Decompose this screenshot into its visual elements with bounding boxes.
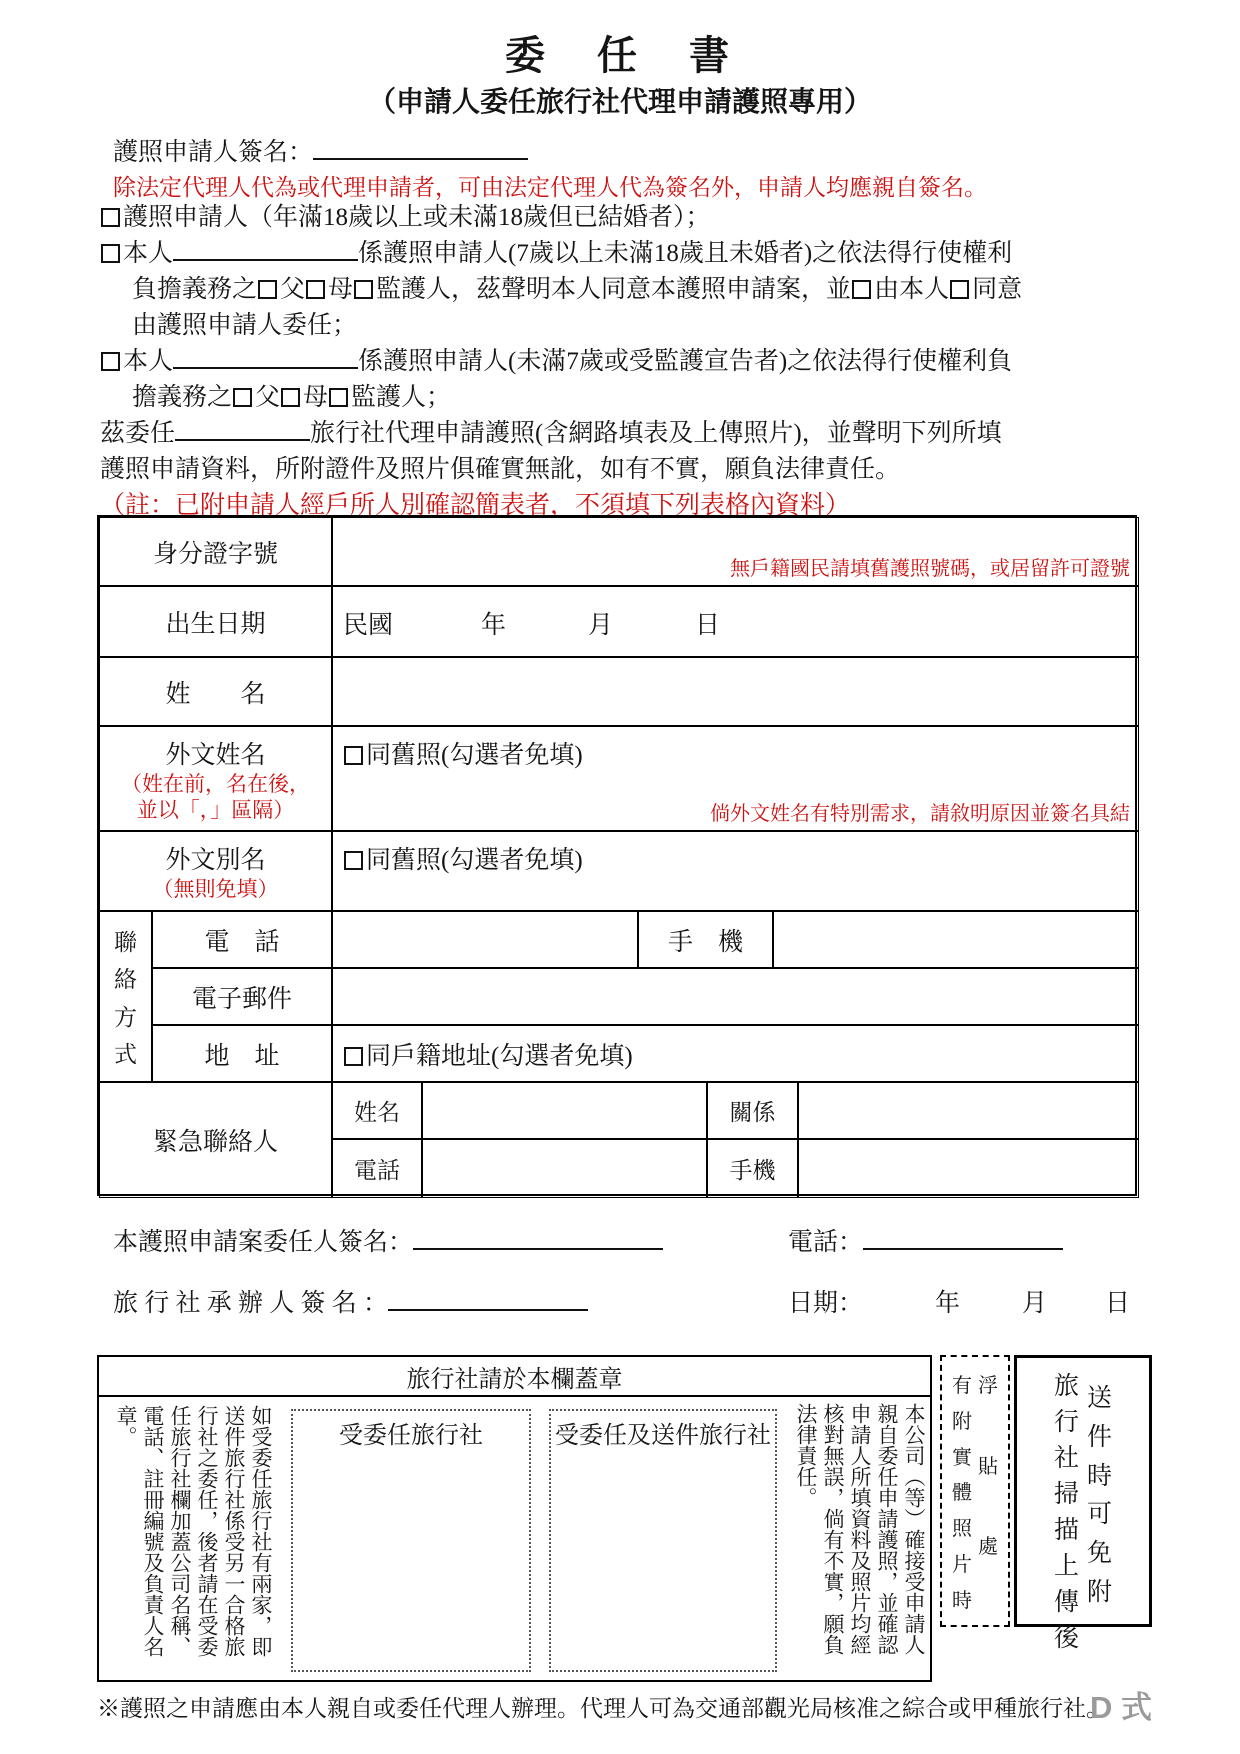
foreign-name-note-line2: 並以「，」區隔） bbox=[137, 797, 295, 823]
scan-note-main: 旅行社掃描上傳後 bbox=[1054, 1366, 1079, 1616]
stamp-side-note: 如受委任旅行社有兩家，即送件旅行社係受另一合格旅行社之委任，後者請在受委任旅行社… bbox=[109, 1405, 274, 1675]
guardian-under7-line2: 擔義務之父母監護人； bbox=[100, 380, 1150, 416]
emergency-phone-label: 電話 bbox=[332, 1139, 422, 1198]
foreign-name-note-line1: （姓在前，名在後， bbox=[121, 771, 310, 797]
checkbox-guardian-role-2[interactable] bbox=[329, 388, 348, 407]
mother-text-2: 母 bbox=[303, 384, 328, 411]
form-code: D 式 bbox=[1090, 1682, 1152, 1727]
name-field[interactable] bbox=[332, 657, 1139, 726]
id-number-label: 身分證字號 bbox=[99, 517, 332, 586]
father-text-2: 父 bbox=[255, 384, 280, 411]
authorization-form-page: 委 任 書 （申請人委任旅行社代理申請護照專用） 護照申請人簽名： 除法定代理人… bbox=[0, 0, 1240, 1754]
guardian-7to18-line2: 負擔義務之父母監護人，茲聲明本人同意本護照申請案，並由本人同意 bbox=[100, 272, 1150, 308]
date-label: 日期： bbox=[788, 1290, 863, 1317]
checkbox-mother-2[interactable] bbox=[281, 388, 300, 407]
alias-label-cell: 外文別名 （無則免填） bbox=[99, 831, 332, 911]
date-row: 日期：年月日 bbox=[788, 1283, 1130, 1319]
signature-instruction-note: 除法定代理人代為或代理申請者，可由法定代理人代為簽名外，申請人均應親自簽名。 bbox=[113, 169, 987, 202]
address-label: 地 址 bbox=[152, 1025, 332, 1082]
father-text-1: 父 bbox=[280, 276, 305, 303]
guardian-name-blank-1[interactable] bbox=[173, 237, 358, 261]
foreign-name-same-text: 同舊照(勾選者免填) bbox=[366, 742, 583, 769]
birth-date-field[interactable]: 民國年月日 bbox=[332, 586, 1139, 657]
date-day-label: 日 bbox=[1105, 1290, 1130, 1317]
entrust-post-text: 旅行社代理申請護照(含網路填表及上傳照片)，並聲明下列所填 bbox=[310, 420, 1002, 447]
foreign-name-special-note: 倘外文姓名有特別需求，請敘明原因並簽名具結 bbox=[710, 797, 1130, 826]
name-label: 姓 名 bbox=[99, 657, 332, 726]
checkbox-alias-same-as-old[interactable] bbox=[344, 851, 363, 870]
entrusted-agency-stamp-label: 受委任旅行社 bbox=[293, 1411, 529, 1450]
emergency-relation-field[interactable] bbox=[798, 1082, 1139, 1139]
scan-note-sub: 送件時可免附 bbox=[1087, 1378, 1112, 1608]
applicant-signature-row: 護照申請人簽名： bbox=[113, 132, 528, 168]
foreign-name-label-cell: 外文姓名 （姓在前，名在後， 並以「，」區隔） bbox=[99, 726, 332, 831]
emergency-mobile-field[interactable] bbox=[798, 1139, 1139, 1198]
entrust-line2: 護照申請資料，所附證件及照片俱確實無訛，如有不實，願負法律責任。 bbox=[100, 452, 1150, 488]
alias-label: 外文別名 bbox=[165, 840, 265, 876]
date-year-label: 年 bbox=[935, 1290, 960, 1317]
minor-l2a-text: 負擔義務之 bbox=[132, 276, 257, 303]
checkbox-father-2[interactable] bbox=[233, 388, 252, 407]
photo-affix-box[interactable]: 有附實體照片時 浮貼處 bbox=[940, 1355, 1010, 1627]
guardian-7to18-text: 係護照申請人(7歲以上未滿18歲且未婚者)之依法得行使權利 bbox=[358, 240, 1012, 267]
photo-affix-note-sub: 浮貼處 bbox=[978, 1369, 998, 1559]
guardian-7to18-line3: 由護照申請人委任； bbox=[100, 308, 1150, 344]
agree-text: 同意 bbox=[972, 276, 1022, 303]
form-subtitle: （申請人委任旅行社代理申請護照專用） bbox=[0, 80, 1240, 120]
mobile-field[interactable] bbox=[773, 911, 1139, 968]
minor-l3-text: 由護照申請人委任； bbox=[132, 312, 357, 339]
contact-method-vertical-label: 聯絡方式 bbox=[99, 911, 152, 1082]
id-number-field[interactable]: 無戶籍國民請填舊護照號碼，或居留許可證號 bbox=[332, 517, 1139, 586]
agent-signature-label: 旅 行 社 承 辦 人 簽 名 ： bbox=[113, 1290, 388, 1317]
declaration-section: 護照申請人（年滿18歲以上或未滿18歲但已結婚者）； 本人係護照申請人(7歲以上… bbox=[100, 200, 1150, 524]
phone-field[interactable] bbox=[332, 911, 638, 968]
agency-stamp-section: 旅行社請於本欄蓋章 如受委任旅行社有兩家，即送件旅行社係受另一合格旅行社之委任，… bbox=[97, 1355, 932, 1682]
photo-affix-note-main: 有附實體照片時 bbox=[952, 1369, 972, 1613]
foreign-name-label: 外文姓名 bbox=[165, 735, 265, 771]
agent-signature-blank[interactable] bbox=[388, 1287, 588, 1311]
entrust-l2-text: 護照申請資料，所附證件及照片俱確實無訛，如有不實，願負法律責任。 bbox=[100, 456, 900, 483]
applicant-data-table: 身分證字號 無戶籍國民請填舊護照號碼，或居留許可證號 出生日期 民國年月日 姓 … bbox=[97, 515, 1137, 1196]
phone-label: 電 話 bbox=[152, 911, 332, 968]
self-text-1: 本人 bbox=[123, 240, 173, 267]
checkbox-guardian-7to18[interactable] bbox=[101, 244, 120, 263]
guardian-under7-text: 係護照申請人(未滿7歲或受監護宣告者)之依法得行使權利負 bbox=[358, 348, 1012, 375]
birth-date-label: 出生日期 bbox=[99, 586, 332, 657]
travel-agency-name-blank[interactable] bbox=[175, 417, 310, 441]
guardian-phrase-text: 監護人，茲聲明本人同意本護照申請案，並 bbox=[376, 276, 851, 303]
checkbox-by-self[interactable] bbox=[852, 280, 871, 299]
option-guardian-under7-line: 本人係護照申請人(未滿7歲或受監護宣告者)之依法得行使權利負 bbox=[100, 344, 1150, 380]
emergency-name-label: 姓名 bbox=[332, 1082, 422, 1139]
delegator-signature-row: 本護照申請案委任人簽名： bbox=[113, 1222, 663, 1258]
delegator-phone-row: 電話： bbox=[788, 1222, 1063, 1258]
roc-era-label: 民國 bbox=[343, 612, 393, 639]
stamp-section-header: 旅行社請於本欄蓋章 bbox=[99, 1357, 930, 1397]
entrusted-sending-agency-stamp-box[interactable]: 受委任及送件旅行社 bbox=[549, 1409, 777, 1672]
checkbox-consent[interactable] bbox=[950, 280, 969, 299]
emergency-contact-label: 緊急聯絡人 bbox=[99, 1082, 332, 1198]
alias-field[interactable]: 同舊照(勾選者免填) bbox=[332, 831, 1139, 911]
emergency-phone-field[interactable] bbox=[422, 1139, 707, 1198]
entrusted-sending-agency-stamp-label: 受委任及送件旅行社 bbox=[551, 1411, 775, 1450]
date-month-label: 月 bbox=[1022, 1290, 1047, 1317]
id-number-note: 無戶籍國民請填舊護照號碼，或居留許可證號 bbox=[730, 552, 1130, 581]
delegator-phone-blank[interactable] bbox=[863, 1226, 1063, 1250]
entrust-line: 茲委任旅行社代理申請護照(含網路填表及上傳照片)，並聲明下列所填 bbox=[100, 416, 1150, 452]
checkbox-same-as-household-address[interactable] bbox=[344, 1047, 363, 1066]
email-field[interactable] bbox=[332, 968, 1139, 1025]
agency-statement-text: 本公司（等）確接受申請人親自委任申請護照，並確認申請人所填資料及照片均經核對無誤… bbox=[787, 1403, 927, 1678]
checkbox-father-1[interactable] bbox=[258, 280, 277, 299]
option-adult-text: 護照申請人（年滿18歲以上或未滿18歲但已結婚者）； bbox=[123, 204, 711, 231]
applicant-signature-label: 護照申請人簽名： bbox=[113, 139, 313, 166]
emergency-name-field[interactable] bbox=[422, 1082, 707, 1139]
entrust-pre-text: 茲委任 bbox=[100, 420, 175, 447]
alias-same-text: 同舊照(勾選者免填) bbox=[366, 847, 583, 874]
child-l2a-text: 擔義務之 bbox=[132, 384, 232, 411]
checkbox-guardian-under7[interactable] bbox=[101, 352, 120, 371]
delegator-signature-label: 本護照申請案委任人簽名： bbox=[113, 1229, 413, 1256]
year-label: 年 bbox=[481, 612, 506, 639]
option-adult-line: 護照申請人（年滿18歲以上或未滿18歲但已結婚者）； bbox=[100, 200, 1150, 236]
checkbox-mother-1[interactable] bbox=[306, 280, 325, 299]
address-field[interactable]: 同戶籍地址(勾選者免填) bbox=[332, 1025, 1139, 1082]
form-title: 委 任 書 bbox=[0, 24, 1240, 81]
email-label: 電子郵件 bbox=[152, 968, 332, 1025]
entrusted-agency-stamp-box[interactable]: 受委任旅行社 bbox=[291, 1409, 531, 1672]
address-same-text: 同戶籍地址(勾選者免填) bbox=[366, 1043, 633, 1070]
foreign-name-field[interactable]: 同舊照(勾選者免填) 倘外文姓名有特別需求，請敘明原因並簽名具結 bbox=[332, 726, 1139, 831]
emergency-mobile-label: 手機 bbox=[707, 1139, 798, 1198]
by-self-text: 由本人 bbox=[874, 276, 949, 303]
alias-note: （無則免填） bbox=[153, 876, 279, 902]
checkbox-applicant-adult[interactable] bbox=[101, 208, 120, 227]
option-guardian-7to18-line: 本人係護照申請人(7歲以上未滿18歲且未婚者)之依法得行使權利 bbox=[100, 236, 1150, 272]
delegator-signature-blank[interactable] bbox=[413, 1226, 663, 1250]
guardian-name-blank-2[interactable] bbox=[173, 345, 358, 369]
checkbox-foreign-name-same-as-old[interactable] bbox=[344, 746, 363, 765]
scan-upload-note-box: 旅行社掃描上傳後 送件時可免附 bbox=[1014, 1355, 1152, 1627]
mobile-label: 手 機 bbox=[638, 911, 773, 968]
footer-note: ※護照之申請應由本人親自或委任代理人辦理。代理人可為交通部觀光局核准之綜合或甲種… bbox=[97, 1690, 1109, 1723]
mother-text-1: 母 bbox=[328, 276, 353, 303]
self-text-2: 本人 bbox=[123, 348, 173, 375]
guardian2-text: 監護人； bbox=[351, 384, 451, 411]
applicant-signature-blank[interactable] bbox=[313, 136, 528, 160]
month-label: 月 bbox=[588, 612, 613, 639]
checkbox-guardian-role-1[interactable] bbox=[354, 280, 373, 299]
emergency-relation-label: 關係 bbox=[707, 1082, 798, 1139]
delegator-phone-label: 電話： bbox=[788, 1229, 863, 1256]
agent-signature-row: 旅 行 社 承 辦 人 簽 名 ： bbox=[113, 1283, 588, 1319]
day-label: 日 bbox=[695, 612, 720, 639]
